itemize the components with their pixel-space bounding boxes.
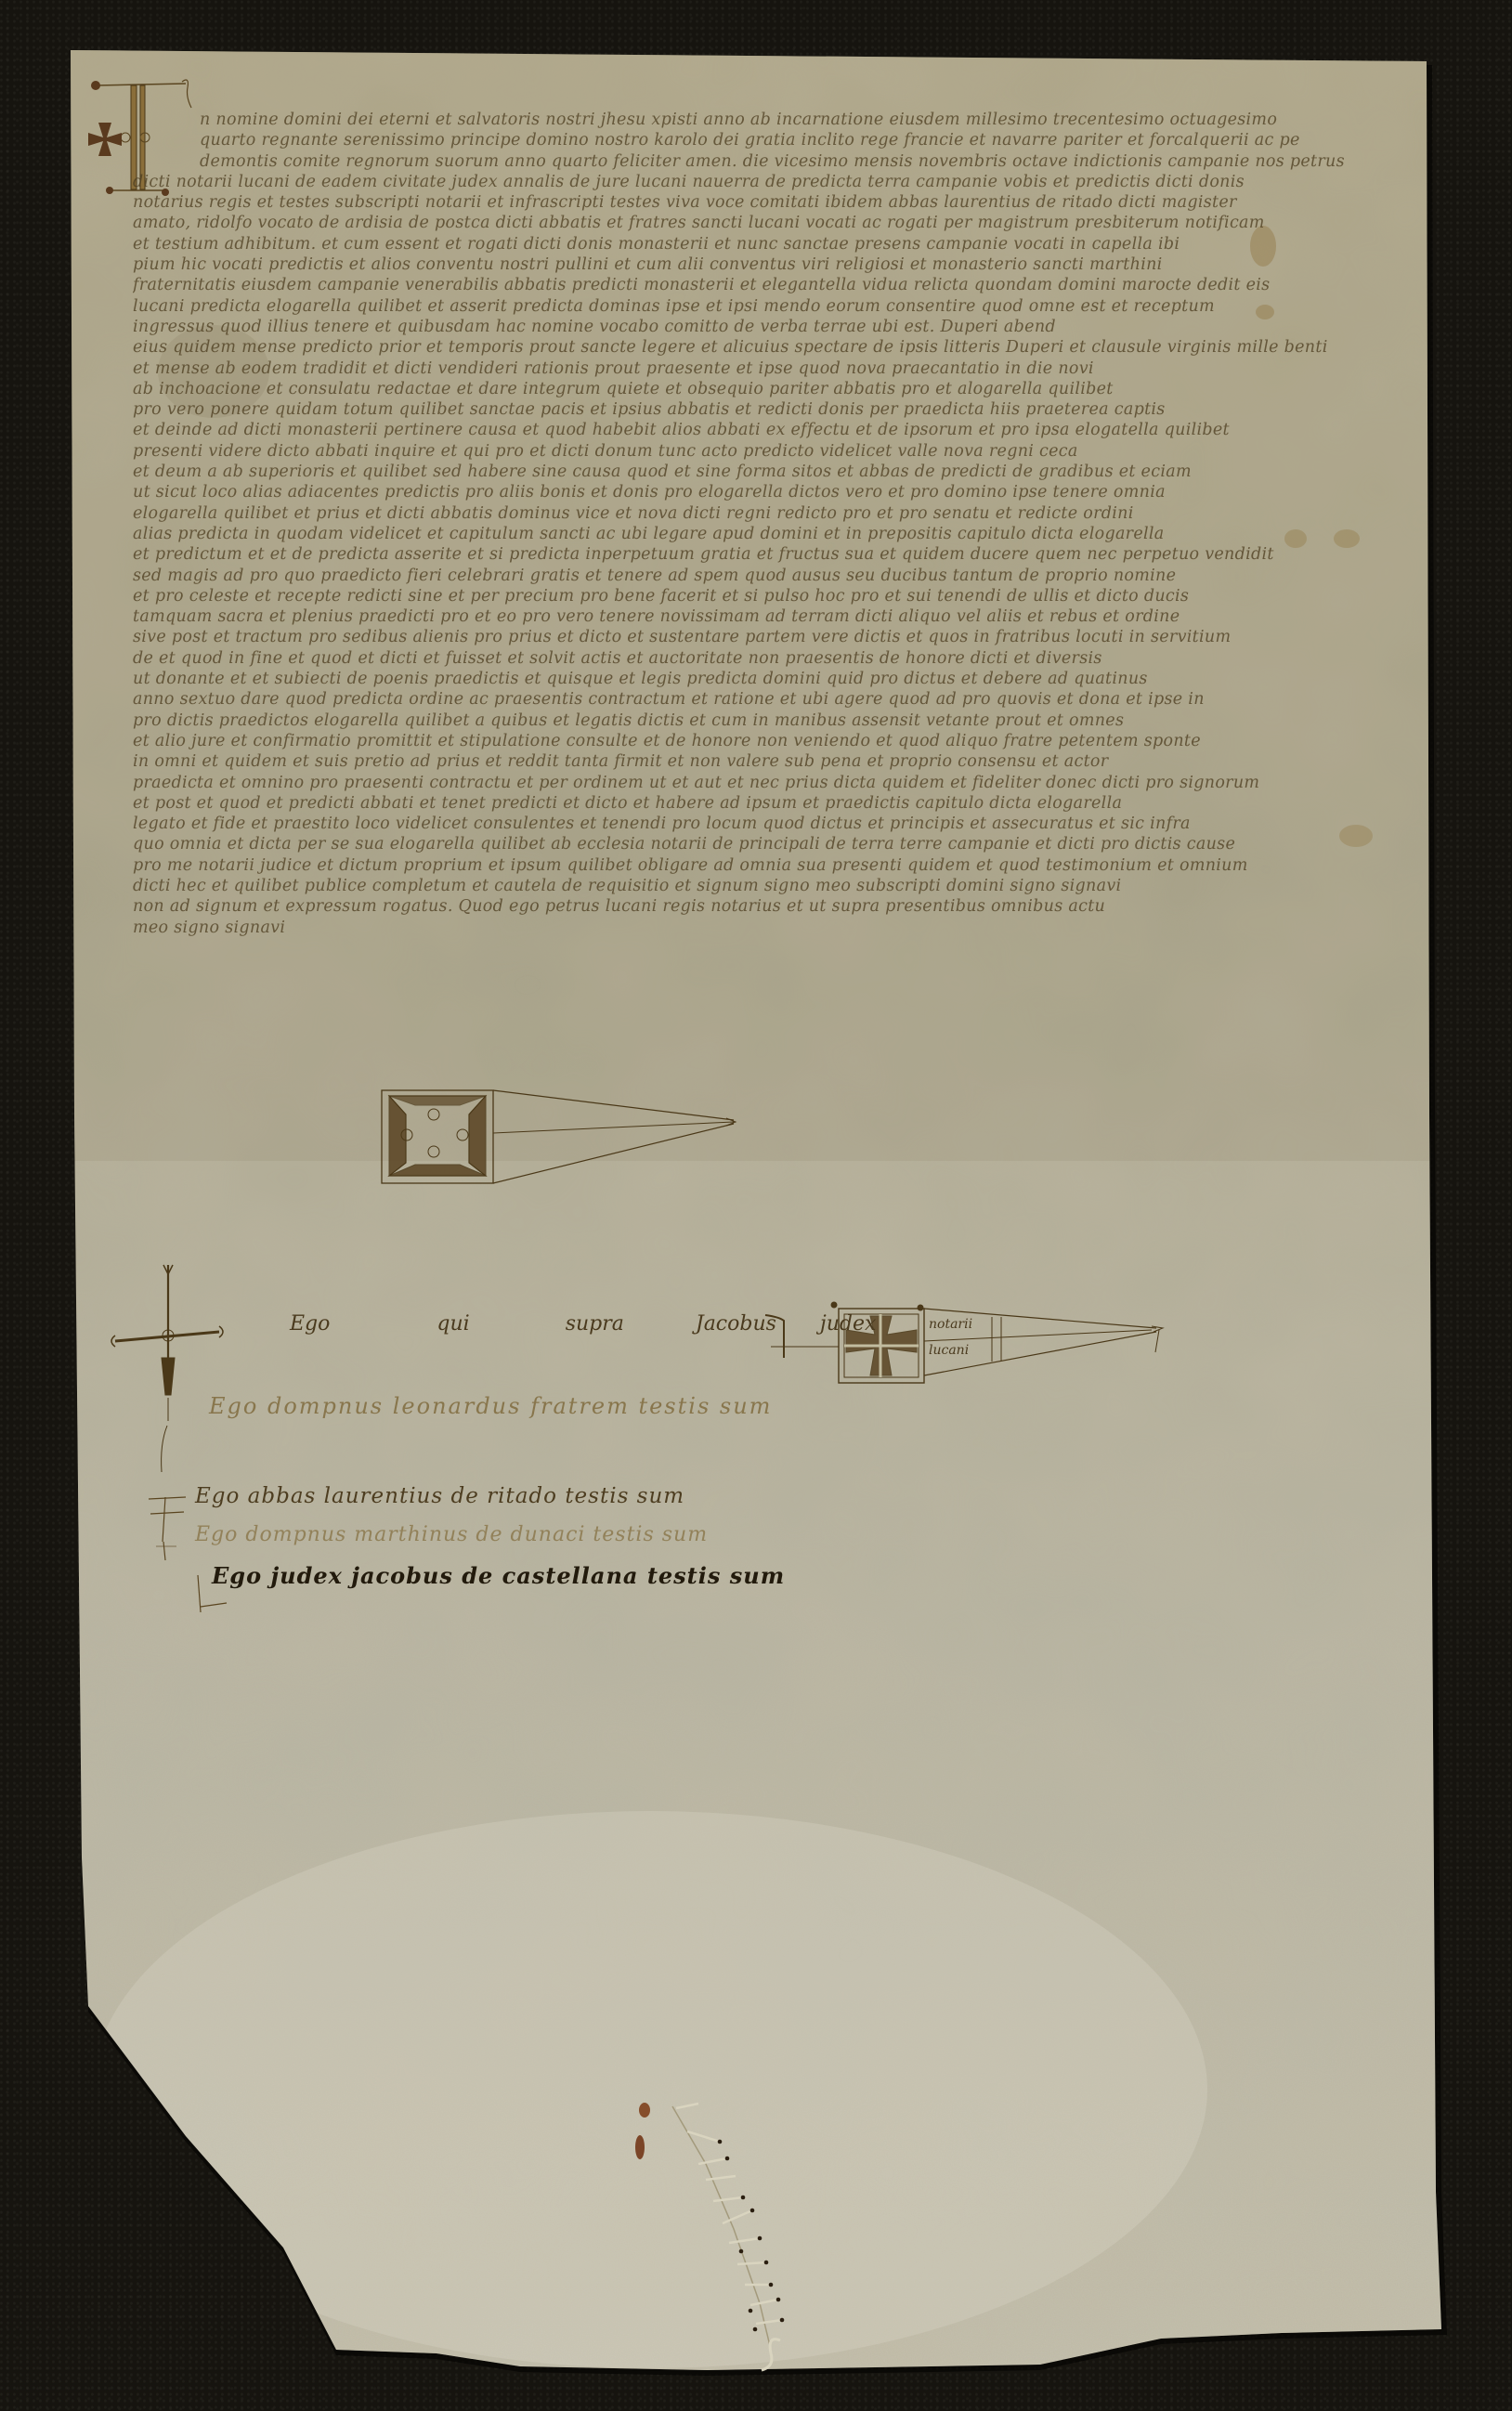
body-line: quo omnia et dicta per se sua elogarella… bbox=[133, 834, 1426, 854]
body-line: meo signo signavi bbox=[133, 918, 374, 938]
body-line: presenti videre dicto abbati inquire et … bbox=[133, 441, 1426, 462]
body-line: et pro celeste et recepte redicti sine e… bbox=[133, 586, 1426, 606]
body-line: ut donante et et subiecti de poenis prae… bbox=[133, 669, 1426, 689]
body-line: n nomine domini dei eterni et salvatoris… bbox=[133, 110, 1426, 130]
subscription-word: supra bbox=[566, 1312, 624, 1336]
body-line: demontis comite regnorum suorum anno qua… bbox=[133, 151, 1426, 172]
body-line: et alio jure et confirmatio promittit et… bbox=[133, 731, 1426, 751]
body-line: ab inchoacione et consulatu redactae et … bbox=[133, 379, 1426, 399]
body-line: pro dictis praedictos elogarella quilibe… bbox=[133, 710, 1426, 731]
body-line: ingressus quod illius tenere et quibusda… bbox=[133, 317, 1426, 337]
body-line: praedicta et omnino pro praesenti contra… bbox=[133, 773, 1426, 793]
body-line: et deum a ab superioris et quilibet sed … bbox=[133, 462, 1426, 482]
body-line: et mense ab eodem tradidit et dicti vend… bbox=[133, 358, 1426, 379]
body-line: pro me notarii judice et dictum proprium… bbox=[133, 855, 1426, 876]
body-line: dicti notarii lucani de eadem civitate j… bbox=[133, 172, 1426, 192]
witness-line: Ego dompnus leonardus fratrem testis sum bbox=[209, 1393, 772, 1419]
body-line: alias predicta in quodam videlicet et ca… bbox=[133, 524, 1426, 544]
body-line: et deinde ad dicti monasterii pertinere … bbox=[133, 420, 1426, 440]
signum-label-notarii: notarii bbox=[929, 1317, 972, 1332]
document-viewer: n nomine domini dei eterni et salvatoris… bbox=[0, 0, 1512, 2411]
body-line: pro vero ponere quidam totum quilibet sa… bbox=[133, 399, 1426, 420]
body-line: anno sextuo dare quod predicta ordine ac… bbox=[133, 689, 1426, 710]
body-line: et predictum et et de predicta asserite … bbox=[133, 544, 1426, 565]
body-line: in omni et quidem et suis pretio ad priu… bbox=[133, 751, 1426, 772]
body-line: non ad signum et expressum rogatus. Quod… bbox=[133, 896, 1426, 917]
witness-line: Ego dompnus marthinus de dunaci testis s… bbox=[195, 1523, 708, 1546]
signum-label-lucani: lucani bbox=[929, 1343, 969, 1358]
body-line: fraternitatis eiusdem campanie venerabil… bbox=[133, 275, 1426, 295]
body-line: lucani predicta elogarella quilibet et a… bbox=[133, 296, 1426, 317]
body-line: sive post et tractum pro sedibus alienis… bbox=[133, 627, 1426, 647]
charter-body-text: n nomine domini dei eterni et salvatoris… bbox=[133, 110, 1426, 938]
body-line: tamquam sacra et plenius praedicti pro e… bbox=[133, 606, 1426, 627]
body-line: de et quod in fine et quod et dicti et f… bbox=[133, 648, 1426, 669]
body-line: quarto regnante serenissimo principe dom… bbox=[133, 130, 1426, 150]
witness-line: Ego judex jacobus de castellana testis s… bbox=[212, 1562, 785, 1589]
subscription-word: Jacobus bbox=[696, 1312, 776, 1336]
body-line: et post et quod et predicti abbati et te… bbox=[133, 793, 1426, 814]
witness-line: Ego abbas laurentius de ritado testis su… bbox=[195, 1484, 684, 1508]
body-line: ut sicut loco alias adiacentes predictis… bbox=[133, 482, 1426, 502]
body-line: dicti hec et quilibet publice completum … bbox=[133, 876, 1426, 896]
body-line: legato et fide et praestito loco videlic… bbox=[133, 814, 1426, 834]
subscription-word: judex bbox=[820, 1312, 877, 1336]
body-line: elogarella quilibet et prius et dicti ab… bbox=[133, 503, 1426, 524]
subscription-word: qui bbox=[437, 1312, 469, 1336]
body-line: sed magis ad pro quo praedicto fieri cel… bbox=[133, 566, 1426, 586]
body-line: amato, ridolfo vocato de ardisia de post… bbox=[133, 213, 1426, 233]
judge-subscription: Ego qui supra Jacobus judex bbox=[290, 1312, 933, 1336]
subscription-word: Ego bbox=[290, 1312, 330, 1336]
rust-stain bbox=[639, 2103, 650, 2118]
body-line: eius quidem mense predicto prior et temp… bbox=[133, 337, 1426, 358]
body-line: notarius regis et testes subscripti nota… bbox=[133, 192, 1426, 213]
body-line: et testium adhibitum. et cum essent et r… bbox=[133, 234, 1426, 254]
body-line: pium hic vocati predictis et alios conve… bbox=[133, 254, 1426, 275]
